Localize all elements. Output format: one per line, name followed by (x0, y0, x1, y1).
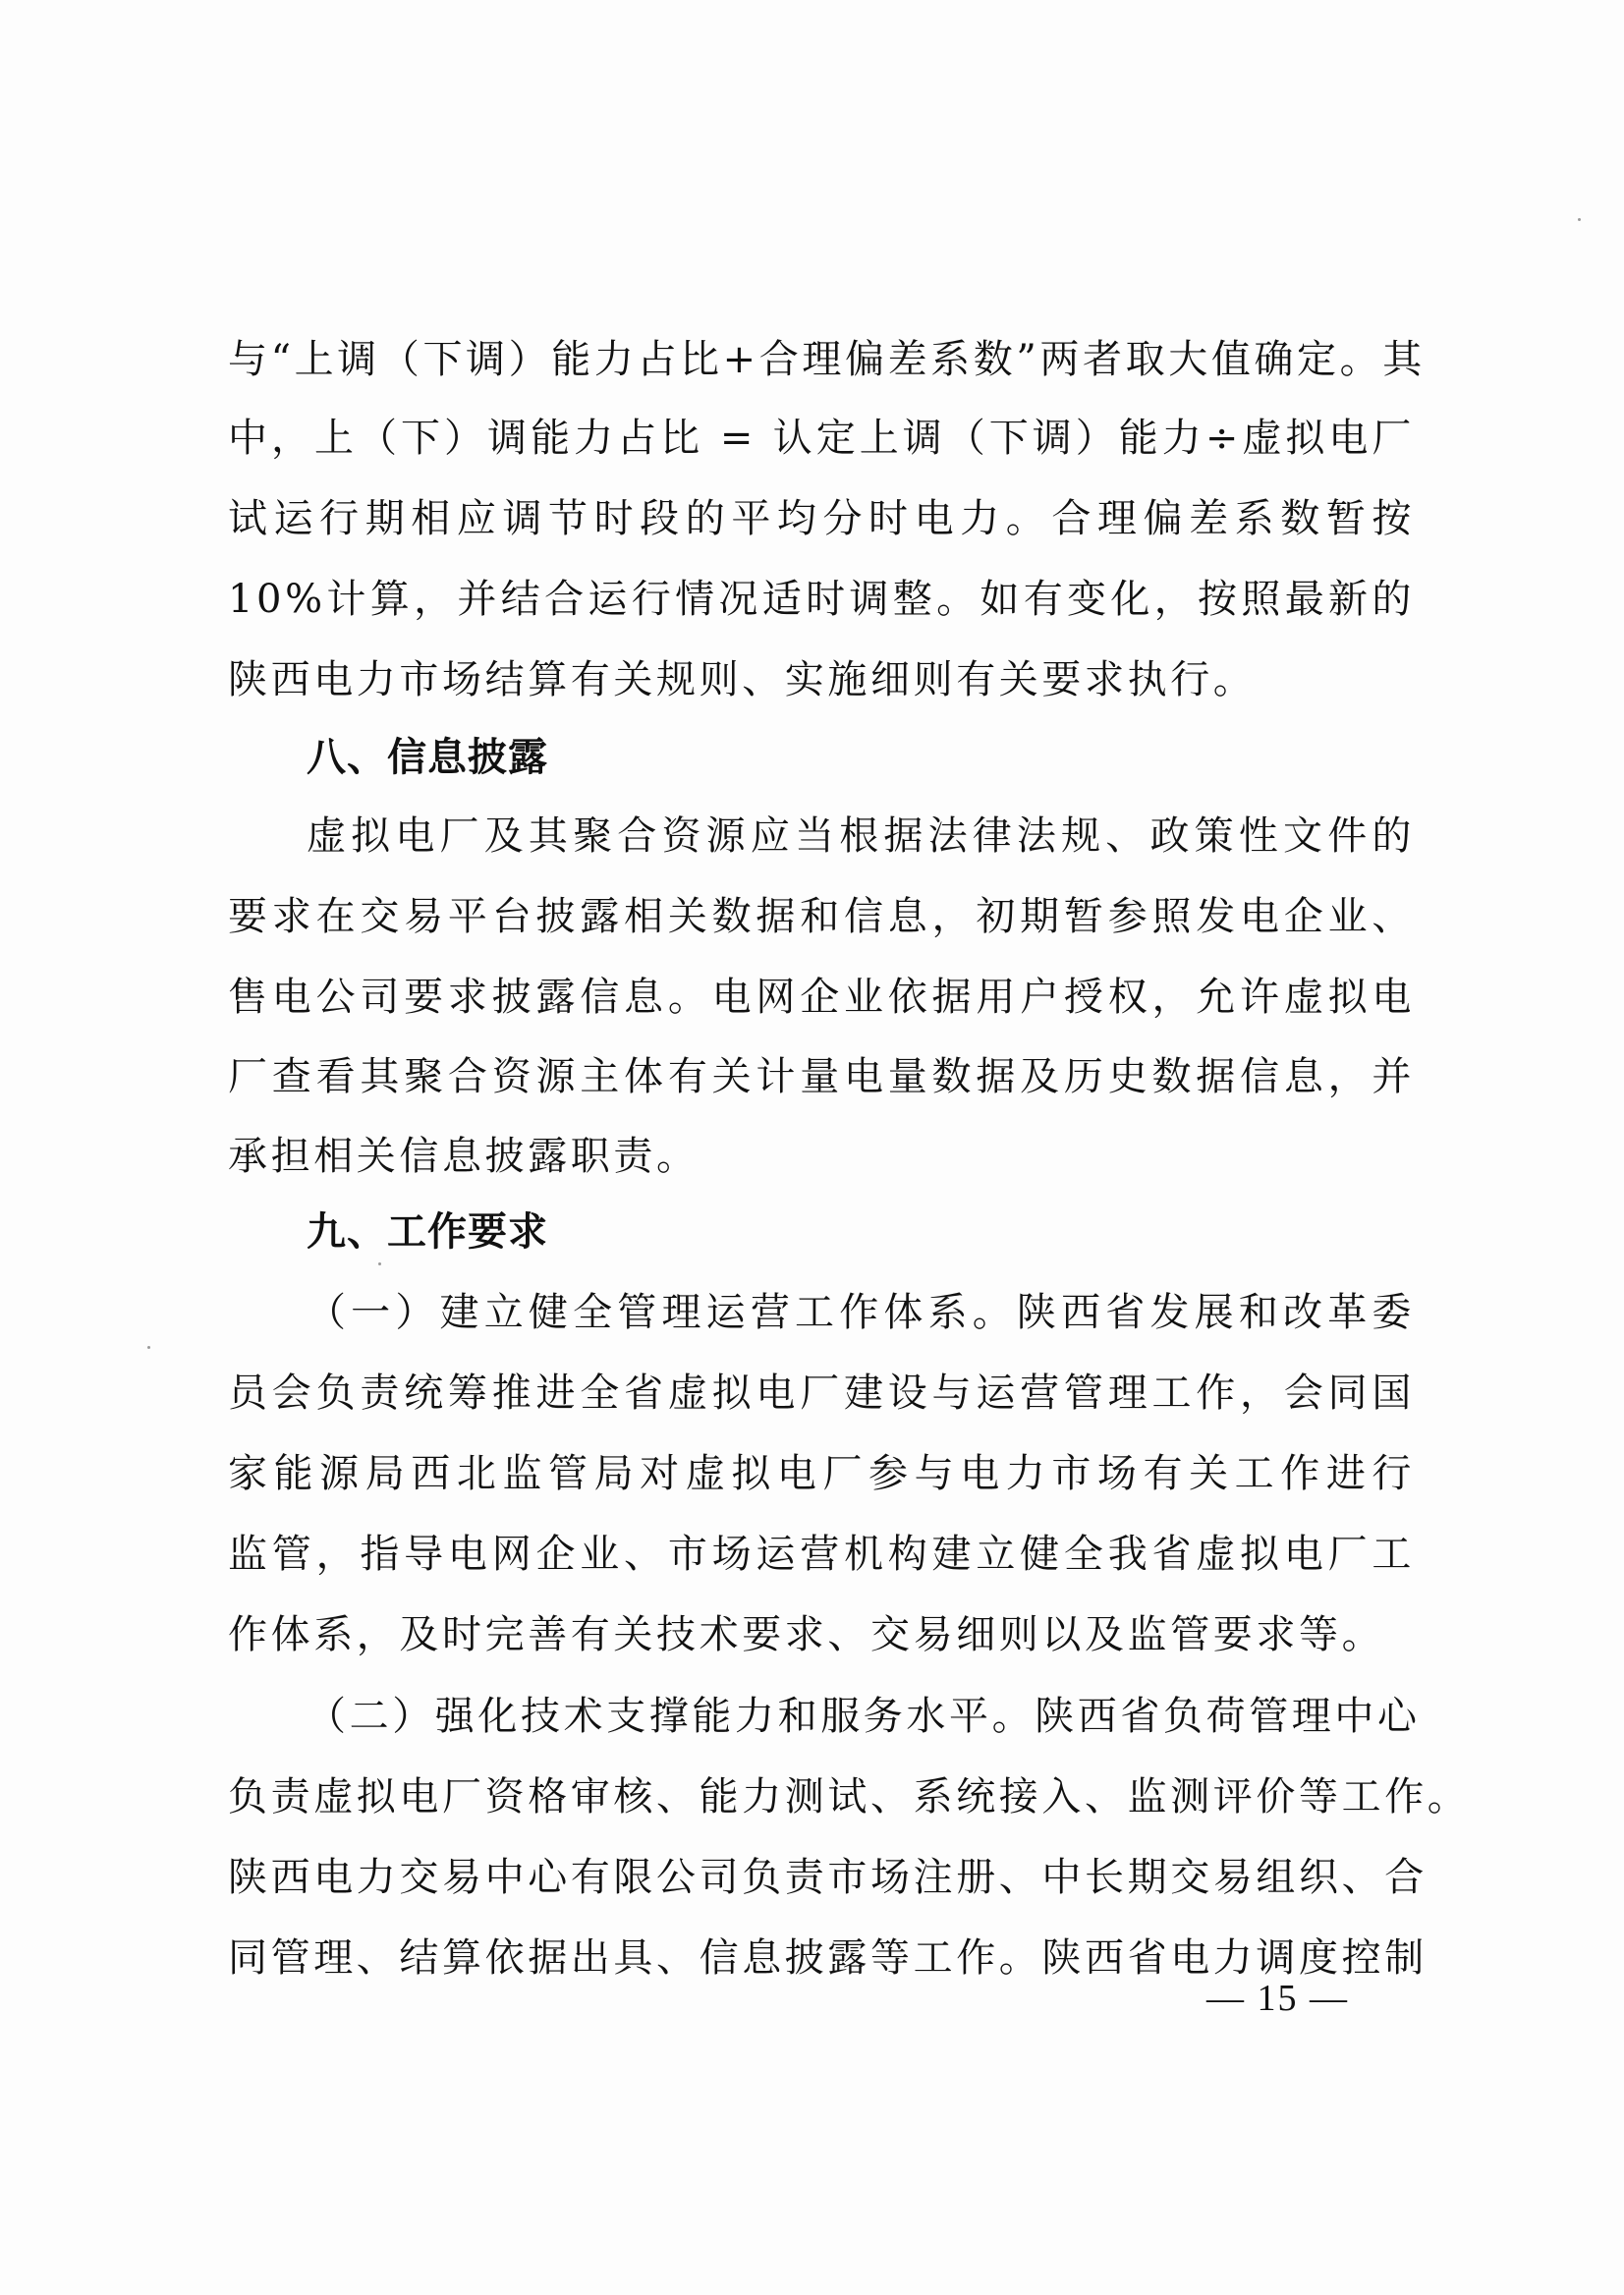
text-line: 售电公司要求披露信息。电网企业依据用户授权，允许虚拟电 (228, 970, 1415, 1025)
scan-speck (1578, 218, 1581, 221)
text-line: 试运行期相应调节时段的平均分时电力。合理偏差系数暂按 (228, 491, 1415, 546)
text-line: 负责虚拟电厂资格审核、能力测试、系统接入、监测评价等工作。 (228, 1769, 1415, 1824)
text-line: 虚拟电厂及其聚合资源应当根据法律法规、政策性文件的 (307, 809, 1415, 864)
text-line: 陕西电力市场结算有关规则、实施细则有关要求执行。 (228, 652, 1415, 707)
section-heading-disclosure: 八、信息披露 (307, 730, 548, 785)
text-line: 要求在交易平台披露相关数据和信息，初期暂参照发电企业、 (228, 889, 1415, 944)
text-line: 中，上（下）调能力占比 = 认定上调（下调）能力÷虚拟电厂 (228, 411, 1415, 466)
document-page: 与“上调（下调）能力占比+合理偏差系数”两者取大值确定。其 中，上（下）调能力占… (0, 0, 1624, 2295)
scan-speck (147, 1346, 150, 1349)
text-line: （一）建立健全管理运营工作体系。陕西省发展和改革委 (307, 1285, 1415, 1340)
text-line: 10%计算，并结合运行情况适时调整。如有变化，按照最新的 (228, 572, 1415, 627)
text-line: 监管，指导电网企业、市场运营机构建立健全我省虚拟电厂工 (228, 1527, 1415, 1582)
text-line: 承担相关信息披露职责。 (228, 1129, 1415, 1184)
scan-speck (378, 1262, 381, 1265)
section-heading-work-requirements: 九、工作要求 (307, 1204, 548, 1259)
text-line: 与“上调（下调）能力占比+合理偏差系数”两者取大值确定。其 (228, 332, 1415, 387)
text-line: 作体系，及时完善有关技术要求、交易细则以及监管要求等。 (228, 1607, 1415, 1662)
text-line: 厂查看其聚合资源主体有关计量电量数据及历史数据信息，并 (228, 1049, 1415, 1104)
text-line: 员会负责统筹推进全省虚拟电厂建设与运营管理工作，会同国 (228, 1366, 1415, 1421)
text-line: 家能源局西北监管局对虚拟电厂参与电力市场有关工作进行 (228, 1446, 1415, 1501)
page-number: — 15 — (1206, 1974, 1349, 2023)
text-line: 陕西电力交易中心有限公司负责市场注册、中长期交易组织、合 (228, 1850, 1415, 1905)
text-line: （二）强化技术支撑能力和服务水平。陕西省负荷管理中心 (307, 1689, 1415, 1744)
